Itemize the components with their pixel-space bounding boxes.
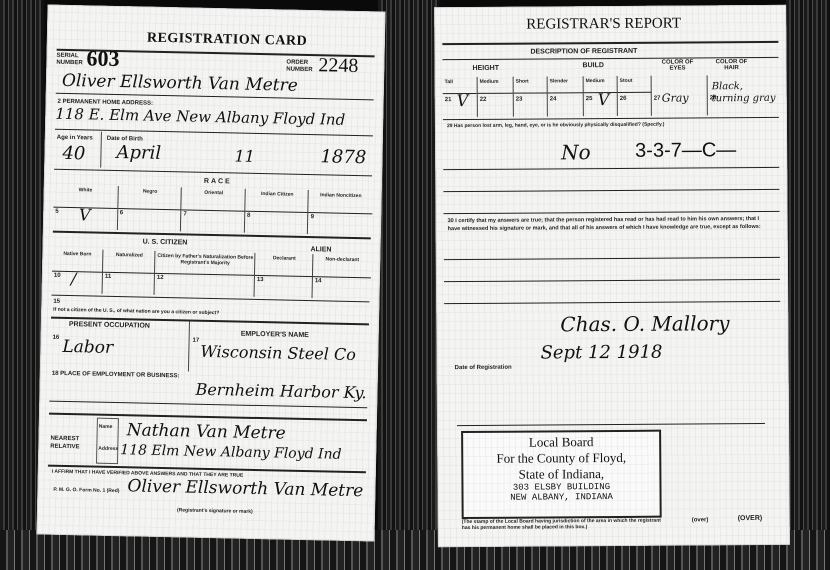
stamp-code: 3-3-7—C—: [635, 139, 736, 163]
home-address: 118 E. Elm Ave New Albany Floyd Ind: [55, 105, 345, 129]
cell-white: White5V: [53, 185, 118, 230]
q29-text: 29 Has person lost arm, leg, hand, eye, …: [447, 121, 767, 129]
stamp-line2: For the County of Floyd,: [463, 450, 659, 467]
nearest-relative-label: NEAREST RELATIVE: [50, 435, 90, 452]
description-row: Tall21VMedium22Short23Slender24Medium25V…: [443, 75, 779, 117]
registrant-name: Oliver Ellsworth Van Metre: [62, 71, 298, 96]
cell-number: 13: [257, 277, 264, 283]
desc-cell: Tall21V: [443, 77, 477, 117]
desc-label: Medium: [586, 78, 605, 84]
cell-label: Declarant: [257, 255, 311, 262]
q29-answer: No: [561, 140, 591, 164]
desc-label: Short: [516, 79, 529, 85]
desc-label: Tall: [445, 79, 453, 85]
cell-number: 5: [55, 209, 58, 215]
employer-number: 17: [193, 338, 200, 344]
desc-cell: Stout26: [617, 76, 652, 116]
eyes-value: Gray: [662, 91, 689, 104]
registrar-report-back: REGISTRAR'S REPORT DESCRIPTION OF REGIST…: [434, 5, 790, 547]
desc-number: 22: [480, 97, 487, 103]
film-edge-right: [786, 0, 830, 570]
dob-month: April: [116, 142, 161, 164]
race-row: White5VNegro6Oriental7Indian Citizen8Ind…: [53, 185, 372, 236]
check-mark: V: [79, 205, 91, 224]
eyes-header: COLOR OF EYES: [660, 59, 694, 71]
cell-indian-citizen: Indian Citizen8: [244, 189, 310, 234]
cell-number: 7: [183, 211, 186, 217]
cell-oriental: Oriental7: [180, 187, 246, 232]
citizenship-row: Native Born10/Naturalized11Citizen by Fa…: [52, 249, 371, 300]
cell-number: 9: [311, 214, 314, 220]
relative-address-label: Address: [98, 446, 118, 452]
desc-number: 26: [620, 96, 627, 102]
age-label: Age in Years: [57, 135, 93, 142]
order-number: 2248: [318, 54, 358, 78]
cell-number: 11: [105, 274, 111, 280]
desc-cell: Slender24: [547, 76, 584, 116]
check-mark: /: [71, 269, 77, 288]
card-title: REGISTRATION CARD: [147, 31, 308, 50]
cell-label: Native Born: [54, 251, 100, 258]
desc-cell: Medium22: [477, 77, 514, 117]
desc-label: Slender: [550, 78, 568, 84]
film-gutter: [378, 0, 440, 570]
hair-header: COLOR OF HAIR: [714, 59, 748, 71]
occupation-number: 16: [53, 335, 60, 341]
desc-number: 25: [586, 96, 593, 102]
place-value: Bernheim Harbor Ky.: [195, 380, 366, 403]
serial-label: SERIAL NUMBER: [56, 53, 80, 67]
desc-label: Stout: [620, 78, 633, 84]
local-board-stamp: Local Board For the County of Floyd, Sta…: [461, 430, 662, 519]
stamp-caption: (The stamp of the Local Board having jur…: [462, 518, 662, 531]
us-citizen-header: U. S. CITIZEN: [143, 239, 188, 247]
cell-label: Negro: [120, 188, 180, 195]
cell-naturalized: Naturalized11: [102, 250, 156, 295]
cell-label: White: [56, 187, 116, 194]
report-title: REGISTRAR'S REPORT: [526, 16, 681, 34]
cell-number: 12: [157, 275, 164, 281]
description-header: DESCRIPTION OF REGISTRANT: [530, 48, 637, 56]
dob-year: 1878: [320, 146, 366, 168]
cell-declarant: Declarant13: [254, 253, 314, 298]
q30-text: 30 I certify that my answers are true; t…: [448, 215, 772, 233]
cell-native-born: Native Born10/: [52, 249, 103, 294]
relative-name: Nathan Van Metre: [126, 420, 285, 443]
registrar-signature: Chas. O. Mallory: [560, 311, 729, 336]
alien-header: ALIEN: [310, 246, 331, 253]
desc-number: 23: [516, 97, 523, 103]
desc-label: Medium: [480, 79, 499, 85]
dob-day: 11: [234, 146, 255, 165]
employer-label: EMPLOYER'S NAME: [241, 331, 309, 339]
place-label: 18 PLACE OF EMPLOYMENT OR BUSINESS:: [52, 371, 180, 380]
q15-text: If not a citizen of the U. S., of what n…: [53, 307, 219, 316]
desc-cell: Medium25V: [583, 76, 618, 116]
desc-cell: 27Gray: [651, 75, 708, 115]
desc-number: 27: [654, 96, 661, 102]
desc-cell: Short23: [513, 76, 548, 116]
relative-address: 118 Elm New Albany Floyd Ind: [120, 442, 342, 463]
cell-number: 10: [54, 273, 61, 279]
signature-label: (Registrant's signature or mark): [177, 507, 253, 515]
cell-number: 8: [247, 213, 250, 219]
cell-label: Non-declarant: [315, 256, 369, 263]
occupation-label: PRESENT OCCUPATION: [69, 321, 150, 330]
cell-indian-noncitizen: Indian Noncitizen9: [307, 190, 373, 235]
stamp-line5: NEW ALBANY, INDIANA: [464, 492, 660, 503]
relative-name-label: Name: [99, 424, 113, 430]
cell-label: Naturalized: [105, 252, 153, 259]
cell-number: 6: [120, 210, 123, 216]
desc-number: 21: [445, 97, 452, 103]
stamp-line3: State of Indiana,: [463, 466, 659, 483]
employer-value: Wisconsin Steel Co: [200, 342, 356, 364]
footer-left: (over): [692, 517, 709, 523]
cell-label: Oriental: [184, 189, 244, 196]
form-code: P. M. G. O. Form No. 1 (Red): [53, 487, 123, 494]
build-header: BUILD: [583, 62, 604, 69]
footer-right: (OVER): [738, 515, 763, 522]
hair-value: Black, turning gray: [712, 81, 778, 105]
cell-negro: Negro6: [116, 186, 182, 231]
cell-label: Indian Citizen: [247, 191, 307, 198]
cell-label: Citizen by Father's Naturalization Befor…: [157, 253, 253, 267]
race-header: RACE: [204, 178, 232, 186]
cell-citizen-by-father-s-naturalization-before-registrant-s-majority: Citizen by Father's Naturalization Befor…: [154, 251, 256, 297]
cell-label: Indian Noncitizen: [311, 192, 371, 199]
stamp-line1: Local Board: [463, 434, 659, 451]
date-value: Sept 12 1918: [540, 342, 662, 364]
occupation-value: Labor: [62, 337, 113, 358]
order-label: ORDER NUMBER: [286, 60, 314, 75]
q15-number: 15: [53, 299, 60, 305]
registrant-signature: Oliver Ellsworth Van Metre: [127, 476, 363, 501]
date-label: Date of Registration: [455, 365, 512, 371]
height-header: HEIGHT: [473, 65, 500, 72]
serial-number: 603: [86, 45, 120, 72]
cell-non-declarant: Non-declarant14: [311, 254, 371, 299]
cell-number: 14: [315, 278, 322, 284]
registration-card-front: REGISTRATION CARD SERIAL NUMBER 603 ORDE…: [36, 5, 385, 542]
desc-number: 24: [550, 96, 557, 102]
desc-cell: 28Black, turning gray: [707, 75, 780, 116]
age-value: 40: [62, 143, 85, 164]
